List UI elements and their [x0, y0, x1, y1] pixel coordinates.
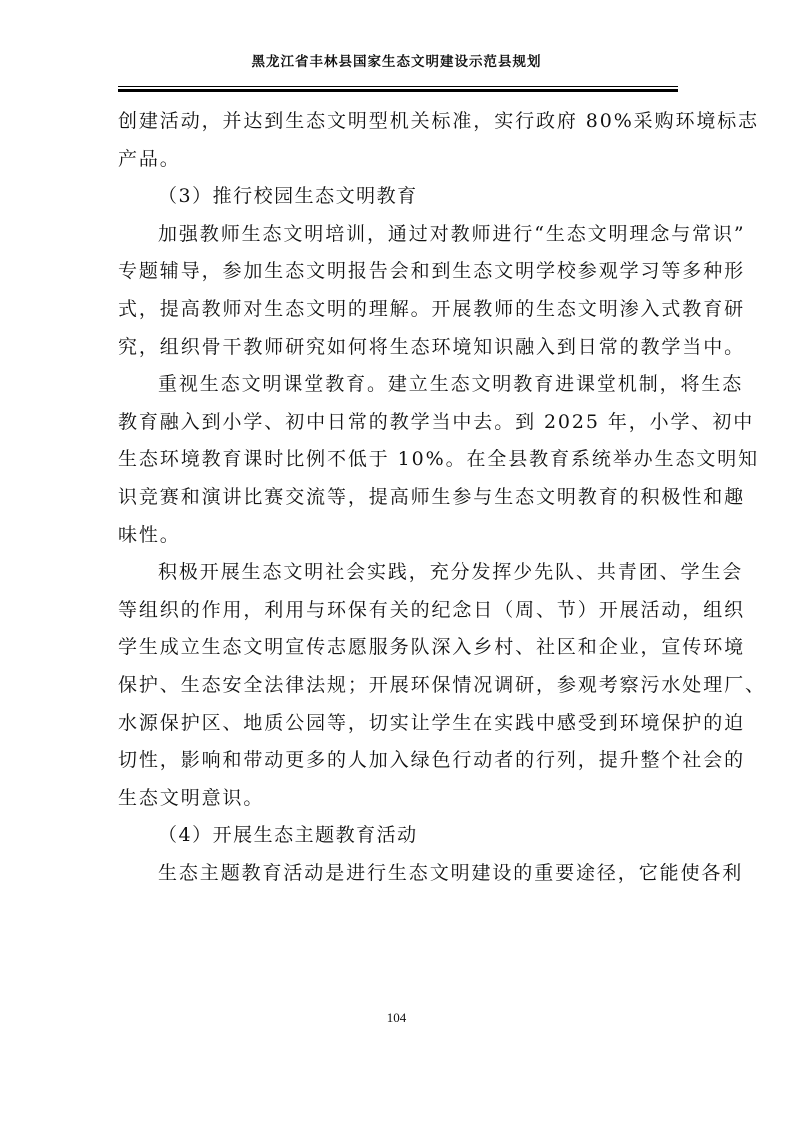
body-line: 创建活动，并达到生态文明型机关标准，实行政府 80%采购环境标志: [118, 103, 678, 141]
header-rule-thin: [118, 86, 678, 87]
paragraph-first-line: 加强教师生态文明培训，通过对教师进行“生态文明理念与常识”: [118, 216, 678, 254]
body-line: 味性。: [118, 517, 678, 555]
body-line: 式，提高教师对生态文明的理解。开展教师的生态文明渗入式教育研: [118, 291, 678, 329]
body-line: 等组织的作用，利用与环保有关的纪念日（周、节）开展活动，组织: [118, 592, 678, 630]
body-line: 教育融入到小学、初中日常的教学当中去。到 2025 年，小学、初中: [118, 404, 678, 442]
body-line: 生态文明意识。: [118, 780, 678, 818]
body-line: 学生成立生态文明宣传志愿服务队深入乡村、社区和企业，宣传环境: [118, 629, 678, 667]
paragraph-first-line: 重视生态文明课堂教育。建立生态文明教育进课堂机制，将生态: [118, 366, 678, 404]
document-body: 创建活动，并达到生态文明型机关标准，实行政府 80%采购环境标志 产品。 （3）…: [118, 103, 678, 892]
body-line: 产品。: [118, 141, 678, 179]
header-rule-thick: [118, 89, 678, 92]
body-line: 专题辅导，参加生态文明报告会和到生态文明学校参观学习等多种形: [118, 253, 678, 291]
header-title: 黑龙江省丰林县国家生态文明建设示范县规划: [0, 50, 793, 70]
section-heading: （4）开展生态主题教育活动: [118, 817, 678, 855]
body-line: 切性，影响和带动更多的人加入绿色行动者的行列，提升整个社会的: [118, 742, 678, 780]
page-number: 104: [0, 1010, 793, 1026]
body-line: 生态环境教育课时比例不低于 10%。在全县教育系统举办生态文明知: [118, 441, 678, 479]
body-line: 识竞赛和演讲比赛交流等，提高师生参与生态文明教育的积极性和趣: [118, 479, 678, 517]
paragraph-first-line: 生态主题教育活动是进行生态文明建设的重要途径，它能使各利: [118, 855, 678, 893]
body-line: 保护、生态安全法律法规；开展环保情况调研，参观考察污水处理厂、: [118, 667, 678, 705]
section-heading: （3）推行校园生态文明教育: [118, 178, 678, 216]
body-line: 水源保护区、地质公园等，切实让学生在实践中感受到环境保护的迫: [118, 705, 678, 743]
paragraph-first-line: 积极开展生态文明社会实践，充分发挥少先队、共青团、学生会: [118, 554, 678, 592]
body-line: 究，组织骨干教师研究如何将生态环境知识融入到日常的教学当中。: [118, 329, 678, 367]
